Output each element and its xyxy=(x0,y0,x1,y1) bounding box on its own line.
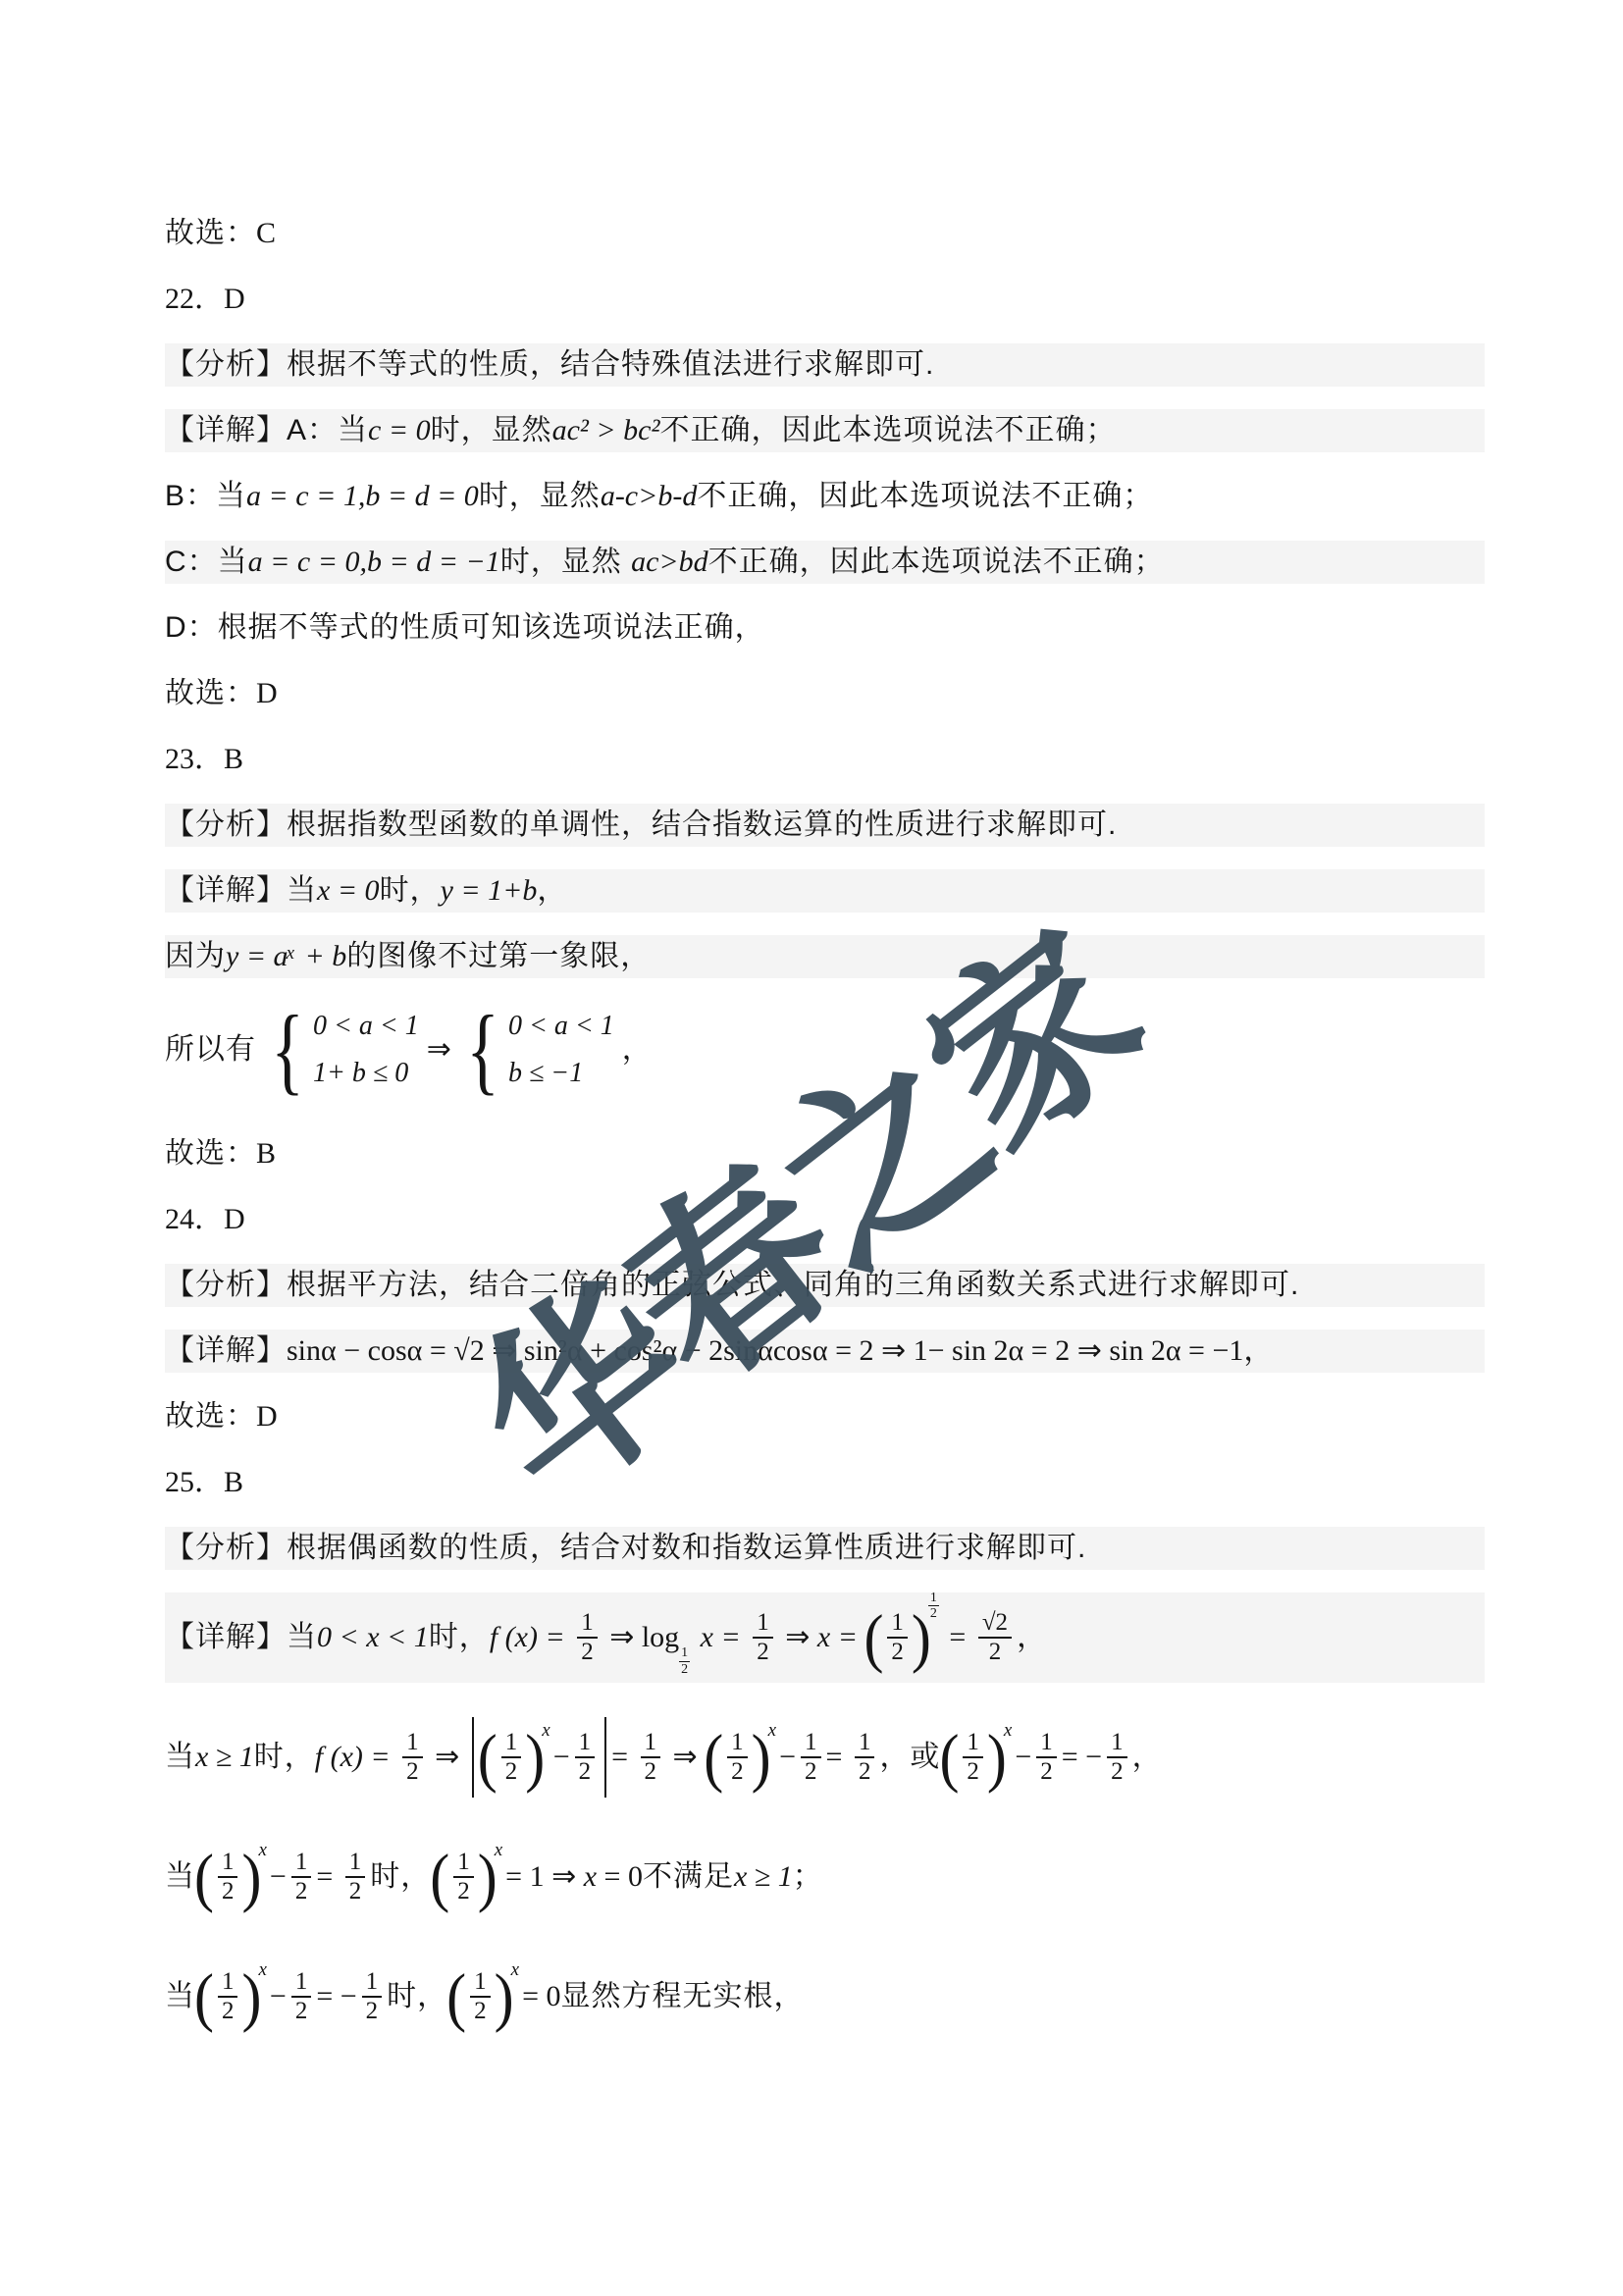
text-run: 时， xyxy=(370,1857,431,1898)
text-run: 的图像不过第一象限， xyxy=(346,937,651,977)
text-run: 当 xyxy=(165,1738,195,1778)
text-run: 【详解】A：当 xyxy=(165,411,368,451)
cases-row: 0 < a < 1 xyxy=(313,1008,419,1045)
text-run: ， xyxy=(1017,1618,1047,1658)
cases-row: b ≤ −1 xyxy=(508,1055,614,1092)
math-run: a = c = 0,b = d = −1 xyxy=(248,543,500,583)
numerator: 1 xyxy=(402,1729,423,1758)
fraction: 12 xyxy=(801,1729,821,1786)
abs-bar xyxy=(472,1717,474,1798)
math-run: y = 1+b xyxy=(441,871,538,912)
math-run: = xyxy=(316,1857,340,1898)
math-run: C xyxy=(256,214,276,254)
text-run: 【详解】 xyxy=(165,1331,287,1372)
big-paren: ( xyxy=(478,1724,497,1790)
math-run: − xyxy=(1015,1738,1031,1778)
fraction: √22 xyxy=(978,1609,1012,1666)
numerator: 1 xyxy=(453,1849,474,1878)
math-run: 23．B xyxy=(165,740,243,780)
text-run: ； xyxy=(793,1857,823,1898)
text-run: 时， xyxy=(429,1618,490,1658)
text-run: B：当 xyxy=(165,477,246,517)
left-brace: { xyxy=(271,1001,304,1099)
denominator: 2 xyxy=(887,1639,908,1666)
denominator: 2 xyxy=(345,1878,366,1905)
detail-25-case-0x1: 【详解】当0 < x < 1时，f (x) = 12 ⇒ log12 x = 1… xyxy=(165,1592,1485,1683)
fraction: 12 xyxy=(501,1729,522,1786)
denominator: 2 xyxy=(985,1639,1006,1666)
detail-22-option-a: 【详解】A：当c = 0时，显然ac² > bc²不正确，因此本选项说法不正确； xyxy=(165,409,1485,452)
numerator: 1 xyxy=(345,1849,366,1878)
math-run: − xyxy=(779,1738,796,1778)
numerator: 1 xyxy=(753,1609,773,1639)
numerator: 1 xyxy=(501,1729,522,1758)
big-paren: ( xyxy=(939,1724,959,1790)
cases-group: {0 < a < 11+ b ≤ 0 xyxy=(264,1001,419,1099)
text-run: 时，显然 xyxy=(500,543,631,583)
document-content: 故选：C22．D【分析】根据不等式的性质，结合特殊值法进行求解即可.【详解】A：… xyxy=(165,212,1485,2071)
math-run: c = 0 xyxy=(368,411,431,451)
fraction: 12 xyxy=(727,1729,748,1786)
denominator: 2 xyxy=(291,1878,312,1905)
fraction: 12 xyxy=(345,1849,366,1905)
big-paren: ( xyxy=(864,1604,883,1670)
numerator: 1 xyxy=(727,1729,748,1758)
numerator: 1 xyxy=(855,1729,875,1758)
numerator: 1 xyxy=(470,1968,491,1998)
numerator: 1 xyxy=(577,1609,598,1639)
detail-23-step2: 因为y = ax + b的图像不过第一象限， xyxy=(165,935,1485,978)
math-run: y = a xyxy=(226,937,288,977)
numerator: 1 xyxy=(679,1645,690,1661)
text-run: ，或 xyxy=(879,1738,940,1778)
answer-22: 22．D xyxy=(165,278,1485,321)
superscript-x: x xyxy=(287,941,294,966)
choose-answer-22: 故选：D xyxy=(165,672,1485,715)
detail-22-option-c: C：当a = c = 0,b = d = −1时，显然 ac>bd不正确，因此本… xyxy=(165,541,1485,584)
denominator: 2 xyxy=(855,1758,875,1786)
fraction: 12 xyxy=(362,1968,383,2025)
text-run: 显然方程无实根， xyxy=(561,1977,805,2017)
math-run: 24．D xyxy=(165,1200,245,1240)
denominator: 2 xyxy=(453,1878,474,1905)
answer-23: 23．B xyxy=(165,738,1485,781)
analysis-25: 【分析】根据偶函数的性质，结合对数和指数运算性质进行求解即可. xyxy=(165,1527,1485,1570)
detail-23-system: 所以有{0 < a < 11+ b ≤ 0⇒{0 < a < 1b ≤ −1， xyxy=(165,1001,1485,1099)
denominator: 2 xyxy=(753,1639,773,1666)
numerator: 1 xyxy=(1107,1729,1127,1758)
math-run: = xyxy=(942,1618,973,1658)
fraction: 12 xyxy=(577,1609,598,1666)
math-run: ⇒ log xyxy=(602,1618,679,1658)
detail-22-option-b: B：当a = c = 1,b = d = 0时，显然a-c>b-d不正确，因此本… xyxy=(165,475,1485,518)
denominator: 2 xyxy=(575,1758,596,1786)
fraction: 12 xyxy=(1107,1729,1127,1786)
sub-fraction: 12 xyxy=(679,1645,690,1677)
math-run: x xyxy=(584,1857,597,1898)
text-run: 当 xyxy=(165,1977,195,2017)
detail-22-option-d: D：根据不等式的性质可知该选项说法正确， xyxy=(165,606,1485,650)
text-run: 故选： xyxy=(165,674,256,714)
text-run: 【详解】当 xyxy=(165,1618,317,1658)
text-run: D：根据不等式的性质可知该选项说法正确， xyxy=(165,608,765,649)
text-run: 时， xyxy=(387,1977,447,2017)
numerator: 1 xyxy=(218,1968,238,1998)
text-run: 故选： xyxy=(165,1397,256,1437)
choose-answer-23: 故选：B xyxy=(165,1132,1485,1175)
text-run: 因为 xyxy=(165,937,226,977)
big-paren: ) xyxy=(752,1724,771,1790)
math-run: f (x) = xyxy=(315,1738,397,1778)
big-paren: ( xyxy=(704,1724,723,1790)
math-run: ac>bd xyxy=(631,543,708,583)
math-run: f (x) = xyxy=(490,1618,572,1658)
big-paren: ) xyxy=(912,1604,931,1670)
math-run: ⇒ xyxy=(665,1738,705,1778)
math-run: D xyxy=(256,674,278,714)
numerator: √2 xyxy=(978,1609,1012,1639)
text-run: 所以有 xyxy=(165,1030,256,1070)
math-run: sinα − cosα = √2 ⇒ sin²α + cos²α − 2sinα… xyxy=(287,1331,1243,1372)
text-run: 故选： xyxy=(165,1134,256,1174)
math-run: a = c = 1,b = d = 0 xyxy=(246,477,479,517)
math-run: = 0 xyxy=(522,1977,560,2017)
math-run: B xyxy=(256,1134,276,1174)
text-run: 【详解】当 xyxy=(165,871,317,912)
fraction: 12 xyxy=(641,1729,661,1786)
choose-answer-24: 故选：D xyxy=(165,1395,1485,1438)
math-run: ac² > bc² xyxy=(552,411,660,451)
math-run: = xyxy=(826,1738,850,1778)
text-run: ， xyxy=(1132,1738,1163,1778)
big-paren: ( xyxy=(194,1963,214,2029)
math-run: ⇒ xyxy=(778,1618,817,1658)
numerator: 1 xyxy=(362,1968,383,1998)
text-run: 当 xyxy=(165,1857,195,1898)
cases-group: {0 < a < 1b ≤ −1 xyxy=(459,1001,614,1099)
numerator: 1 xyxy=(641,1729,661,1758)
text-run: 时， xyxy=(380,871,441,912)
analysis-24: 【分析】根据平方法，结合二倍角的正弦公式、同角的三角函数关系式进行求解即可. xyxy=(165,1264,1485,1307)
numerator: 1 xyxy=(887,1609,908,1639)
math-run: x = xyxy=(817,1618,865,1658)
big-paren: ) xyxy=(987,1724,1007,1790)
text-run: 故选： xyxy=(165,214,256,254)
numerator: 1 xyxy=(218,1849,238,1878)
denominator: 2 xyxy=(1036,1758,1057,1786)
fraction: 12 xyxy=(963,1729,983,1786)
math-run: x = 0 xyxy=(317,871,380,912)
math-run: x ≥ 1 xyxy=(195,1738,254,1778)
math-run: ⇒ xyxy=(428,1738,467,1778)
math-run: = − xyxy=(316,1977,356,2017)
math-run: − xyxy=(270,1977,287,2017)
denominator: 2 xyxy=(963,1758,983,1786)
detail-24: 【详解】sinα − cosα = √2 ⇒ sin²α + cos²α − 2… xyxy=(165,1330,1485,1373)
denominator: 2 xyxy=(577,1639,598,1666)
detail-23-step1: 【详解】当x = 0时，y = 1+b， xyxy=(165,869,1485,913)
math-run: = xyxy=(611,1738,635,1778)
denominator: 2 xyxy=(727,1758,748,1786)
answer-25: 25．B xyxy=(165,1461,1485,1504)
fraction: 12 xyxy=(753,1609,773,1666)
text-run: 【分析】根据不等式的性质，结合特殊值法进行求解即可. xyxy=(165,345,934,386)
fraction: 12 xyxy=(887,1609,908,1666)
big-paren: ) xyxy=(525,1724,545,1790)
denominator: 2 xyxy=(681,1662,688,1677)
fraction: 12 xyxy=(575,1729,596,1786)
denominator: 2 xyxy=(362,1998,383,2025)
fraction: 12 xyxy=(291,1849,312,1905)
fraction: 12 xyxy=(402,1729,423,1786)
choose-answer-21: 故选：C xyxy=(165,212,1485,255)
detail-25-subcase-2: 当(12)x−12= −12时，(12)x= 0显然方程无实根， xyxy=(165,1952,1485,2042)
page: 故选：C22．D【分析】根据不等式的性质，结合特殊值法进行求解即可.【详解】A：… xyxy=(0,0,1623,2296)
denominator: 2 xyxy=(1107,1758,1127,1786)
left-brace: { xyxy=(466,1001,499,1099)
big-paren: ( xyxy=(194,1844,214,1909)
big-paren: ) xyxy=(478,1844,497,1909)
big-paren: ) xyxy=(241,1844,261,1909)
fraction: 12 xyxy=(218,1849,238,1905)
math-run: 0 < x < 1 xyxy=(317,1618,429,1658)
math-run: + b xyxy=(297,937,346,977)
big-paren: ) xyxy=(241,1963,261,2029)
denominator: 2 xyxy=(291,1998,312,2025)
denominator: 2 xyxy=(641,1758,661,1786)
big-paren: ( xyxy=(430,1844,449,1909)
numerator: 1 xyxy=(963,1729,983,1758)
text-run: 【分析】根据指数型函数的单调性，结合指数运算的性质进行求解即可. xyxy=(165,806,1117,846)
numerator: 1 xyxy=(291,1968,312,1998)
cases-row: 1+ b ≤ 0 xyxy=(313,1055,419,1092)
denominator: 2 xyxy=(218,1878,238,1905)
cases-row: 0 < a < 1 xyxy=(508,1008,614,1045)
numerator: 1 xyxy=(1036,1729,1057,1758)
math-run: = 1 ⇒ xyxy=(505,1857,584,1898)
text-run: 不满足 xyxy=(643,1857,734,1898)
fraction: 12 xyxy=(855,1729,875,1786)
math-run: 22．D xyxy=(165,280,245,320)
analysis-23: 【分析】根据指数型函数的单调性，结合指数运算的性质进行求解即可. xyxy=(165,804,1485,847)
big-paren: ( xyxy=(446,1963,466,2029)
text-run: 【分析】根据偶函数的性质，结合对数和指数运算性质进行求解即可. xyxy=(165,1529,1086,1569)
text-run: 【分析】根据平方法，结合二倍角的正弦公式、同角的三角函数关系式进行求解即可. xyxy=(165,1266,1299,1306)
text-run: ， xyxy=(622,1030,653,1070)
text-run: ， xyxy=(537,871,567,912)
math-run: x = xyxy=(693,1618,748,1658)
detail-25-case-xge1: 当x ≥ 1时，f (x) = 12 ⇒ (12)x−12= 12 ⇒ (12)… xyxy=(165,1712,1485,1802)
numerator: 1 xyxy=(291,1849,312,1878)
fraction: 12 xyxy=(218,1968,238,2025)
text-run: ， xyxy=(1243,1331,1274,1372)
text-run: 时，显然 xyxy=(431,411,552,451)
numerator: 1 xyxy=(801,1729,821,1758)
text-run: 不正确，因此本选项说法不正确； xyxy=(697,477,1153,517)
cases-rows: 0 < a < 11+ b ≤ 0 xyxy=(311,1008,419,1092)
denominator: 2 xyxy=(501,1758,522,1786)
fraction: 12 xyxy=(453,1849,474,1905)
abs-bar xyxy=(604,1717,606,1798)
numerator: 1 xyxy=(575,1729,596,1758)
fraction: 12 xyxy=(470,1968,491,2025)
text-run: 不正确，因此本选项说法不正确； xyxy=(708,543,1165,583)
detail-25-subcase-1: 当(12)x−12= 12时，(12)x= 1 ⇒ x = 0不满足x ≥ 1； xyxy=(165,1832,1485,1922)
text-run: 时， xyxy=(254,1738,315,1778)
fraction: 12 xyxy=(1036,1729,1057,1786)
big-paren: ) xyxy=(495,1963,514,2029)
math-run: = − xyxy=(1062,1738,1102,1778)
math-run: = 0 xyxy=(597,1857,643,1898)
analysis-22: 【分析】根据不等式的性质，结合特殊值法进行求解即可. xyxy=(165,343,1485,387)
cases-rows: 0 < a < 1b ≤ −1 xyxy=(506,1008,614,1092)
text-run: C：当 xyxy=(165,543,248,583)
math-run: x ≥ 1 xyxy=(734,1857,793,1898)
denominator: 2 xyxy=(402,1758,423,1786)
text-run: 不正确，因此本选项说法不正确； xyxy=(659,411,1116,451)
fraction: 12 xyxy=(291,1968,312,2025)
text-run: 时，显然 xyxy=(479,477,601,517)
math-run: D xyxy=(256,1397,278,1437)
math-run: ⇒ xyxy=(427,1030,451,1070)
math-run: a-c>b-d xyxy=(601,477,698,517)
denominator: 2 xyxy=(801,1758,821,1786)
math-run: 25．B xyxy=(165,1463,243,1503)
denominator: 2 xyxy=(930,1606,937,1621)
answer-24: 24．D xyxy=(165,1198,1485,1241)
denominator: 2 xyxy=(470,1998,491,2025)
math-run: − xyxy=(553,1738,570,1778)
denominator: 2 xyxy=(218,1998,238,2025)
math-run: − xyxy=(270,1857,287,1898)
